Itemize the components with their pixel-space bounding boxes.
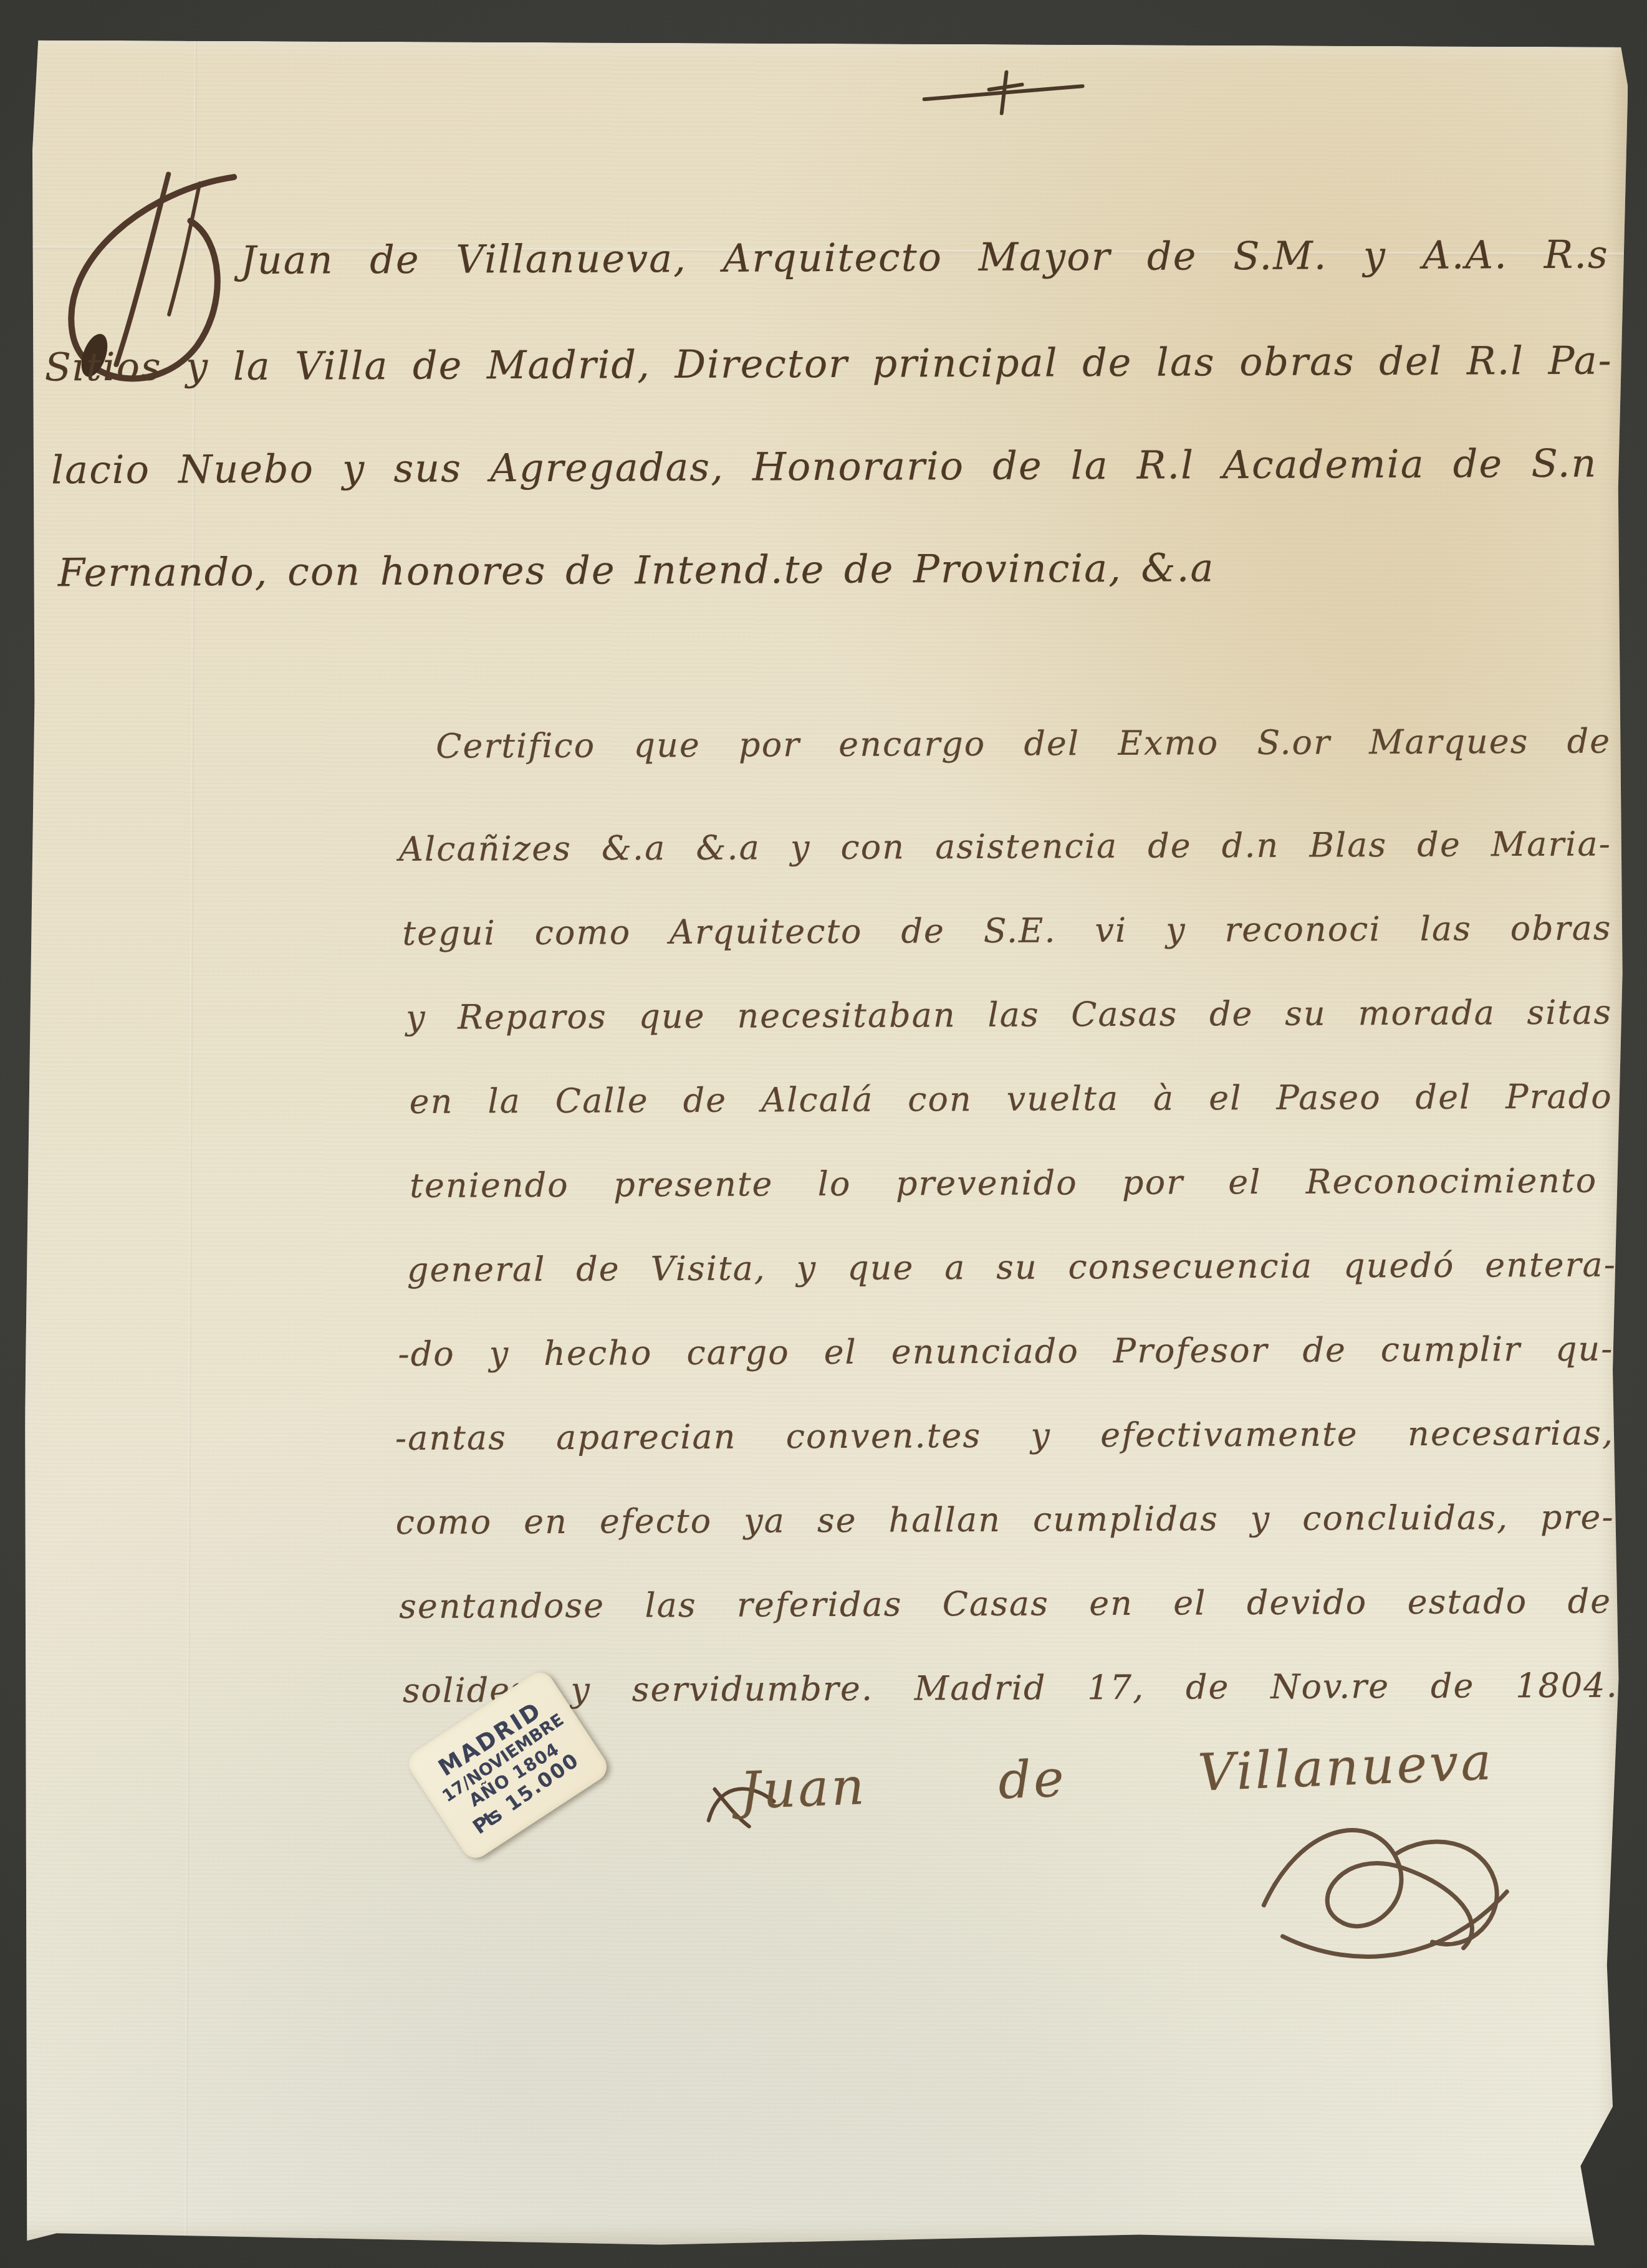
handwritten-content: Juan de Villanueva, Arquitecto Mayor de … (21, 40, 1628, 2252)
header-line: Juan de Villanueva, Arquitecto Mayor de … (241, 233, 1609, 282)
body-line: -antas aparecian conven.tes y efectivame… (395, 1414, 1614, 1457)
header-line: lacio Nuebo y sus Agregadas, Honorario d… (51, 443, 1597, 492)
body-line: solidez y servidumbre. Madrid 17, de Nov… (403, 1667, 1618, 1709)
body-line: teniendo presente lo prevenido por el Re… (410, 1162, 1597, 1205)
body-line: Alcañizes &.a &.a y con asistencia de d.… (399, 825, 1611, 868)
signature-name: Juan de Villanueva (739, 1732, 1495, 1821)
cross-mark-icon (919, 64, 1087, 121)
body-line: como en efecto ya se hallan cumplidas y … (395, 1498, 1614, 1541)
body-line: tegui como Arquitecto de S.E. vi y recon… (402, 909, 1611, 952)
signature-rubric-icon (1244, 1786, 1519, 1974)
body-line: y Reparos que necesitaban las Casas de s… (406, 993, 1612, 1036)
body-line: en la Calle de Alcalá con vuelta à el Pa… (410, 1078, 1613, 1120)
header-line: Sitios y la Villa de Madrid, Director pr… (44, 339, 1612, 388)
body-line: sentandose las referidas Casas en el dev… (399, 1582, 1611, 1625)
body-line: general de Visita, y que a su consecuenc… (407, 1246, 1616, 1288)
header-line: Fernando, con honores de Intend.te de Pr… (58, 548, 1012, 595)
document-scan: Juan de Villanueva, Arquitecto Mayor de … (0, 0, 1647, 2268)
body-line: -do y hecho cargo el enunciado Profesor … (398, 1330, 1613, 1372)
manuscript-page: Juan de Villanueva, Arquitecto Mayor de … (21, 40, 1628, 2252)
body-line: Certifico que por encargo del Exmo S.or … (436, 722, 1611, 765)
